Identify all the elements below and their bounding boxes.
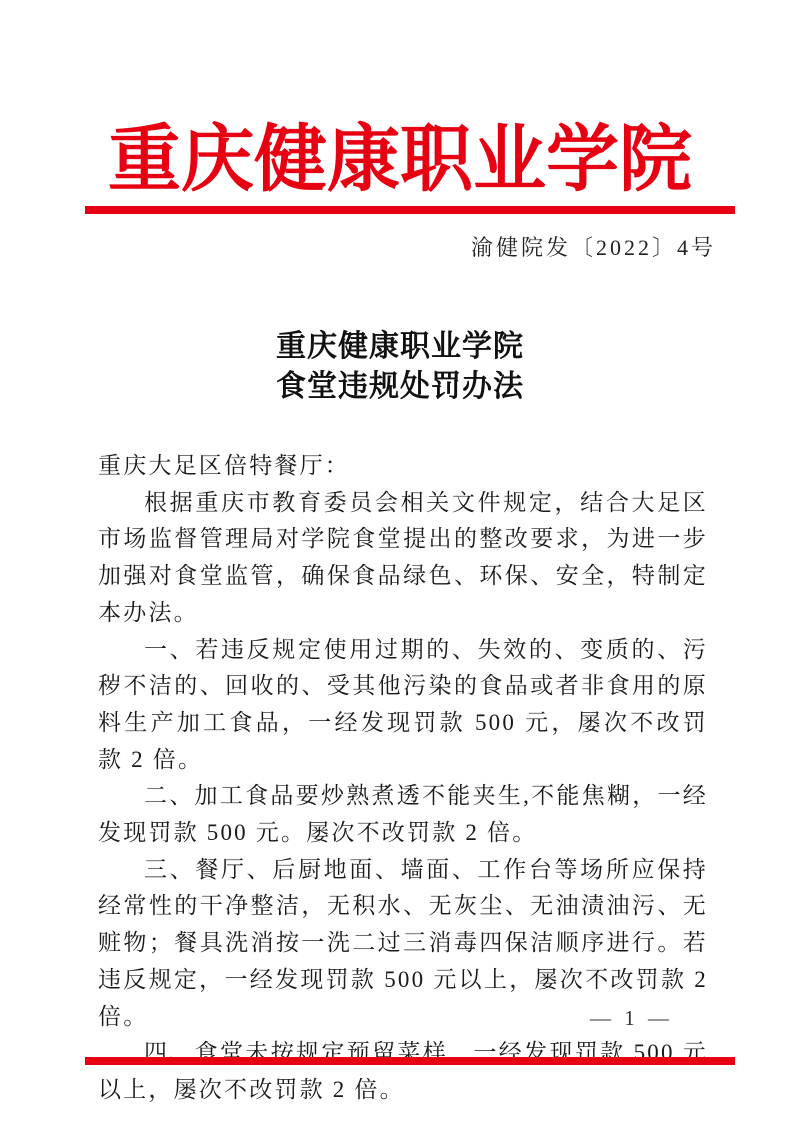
paragraph-rule-4: 四、食堂未按规定预留菜样，一经发现罚款 500 元以上，屡次不改罚款 2 倍。 [98, 1035, 708, 1108]
header-double-rule [85, 206, 735, 214]
letterhead-org-name: 重庆健康职业学院 [0, 100, 800, 205]
paragraph-rule-1: 一、若违反规定使用过期的、失效的、变质的、污秽不洁的、回收的、受其他污染的食品或… [98, 632, 708, 779]
paragraph-intro: 根据重庆市教育委员会相关文件规定，结合大足区市场监督管理局对学院食堂提出的整改要… [98, 485, 708, 632]
salutation: 重庆大足区倍特餐厅： [98, 448, 708, 485]
document-number: 渝健院发〔2022〕4号 [471, 231, 716, 262]
document-title: 重庆健康职业学院 食堂违规处罚办法 [0, 327, 800, 407]
paragraph-rule-2: 二、加工食品要炒熟煮透不能夹生,不能焦糊，一经发现罚款 500 元。屡次不改罚款… [98, 778, 708, 851]
document-page: 重庆健康职业学院 渝健院发〔2022〕4号 重庆健康职业学院 食堂违规处罚办法 … [0, 0, 800, 1131]
footer-double-rule [85, 1057, 735, 1065]
page-number: — 1 — [590, 1006, 673, 1031]
document-title-line1: 重庆健康职业学院 [0, 327, 800, 367]
document-title-line2: 食堂违规处罚办法 [0, 367, 800, 407]
